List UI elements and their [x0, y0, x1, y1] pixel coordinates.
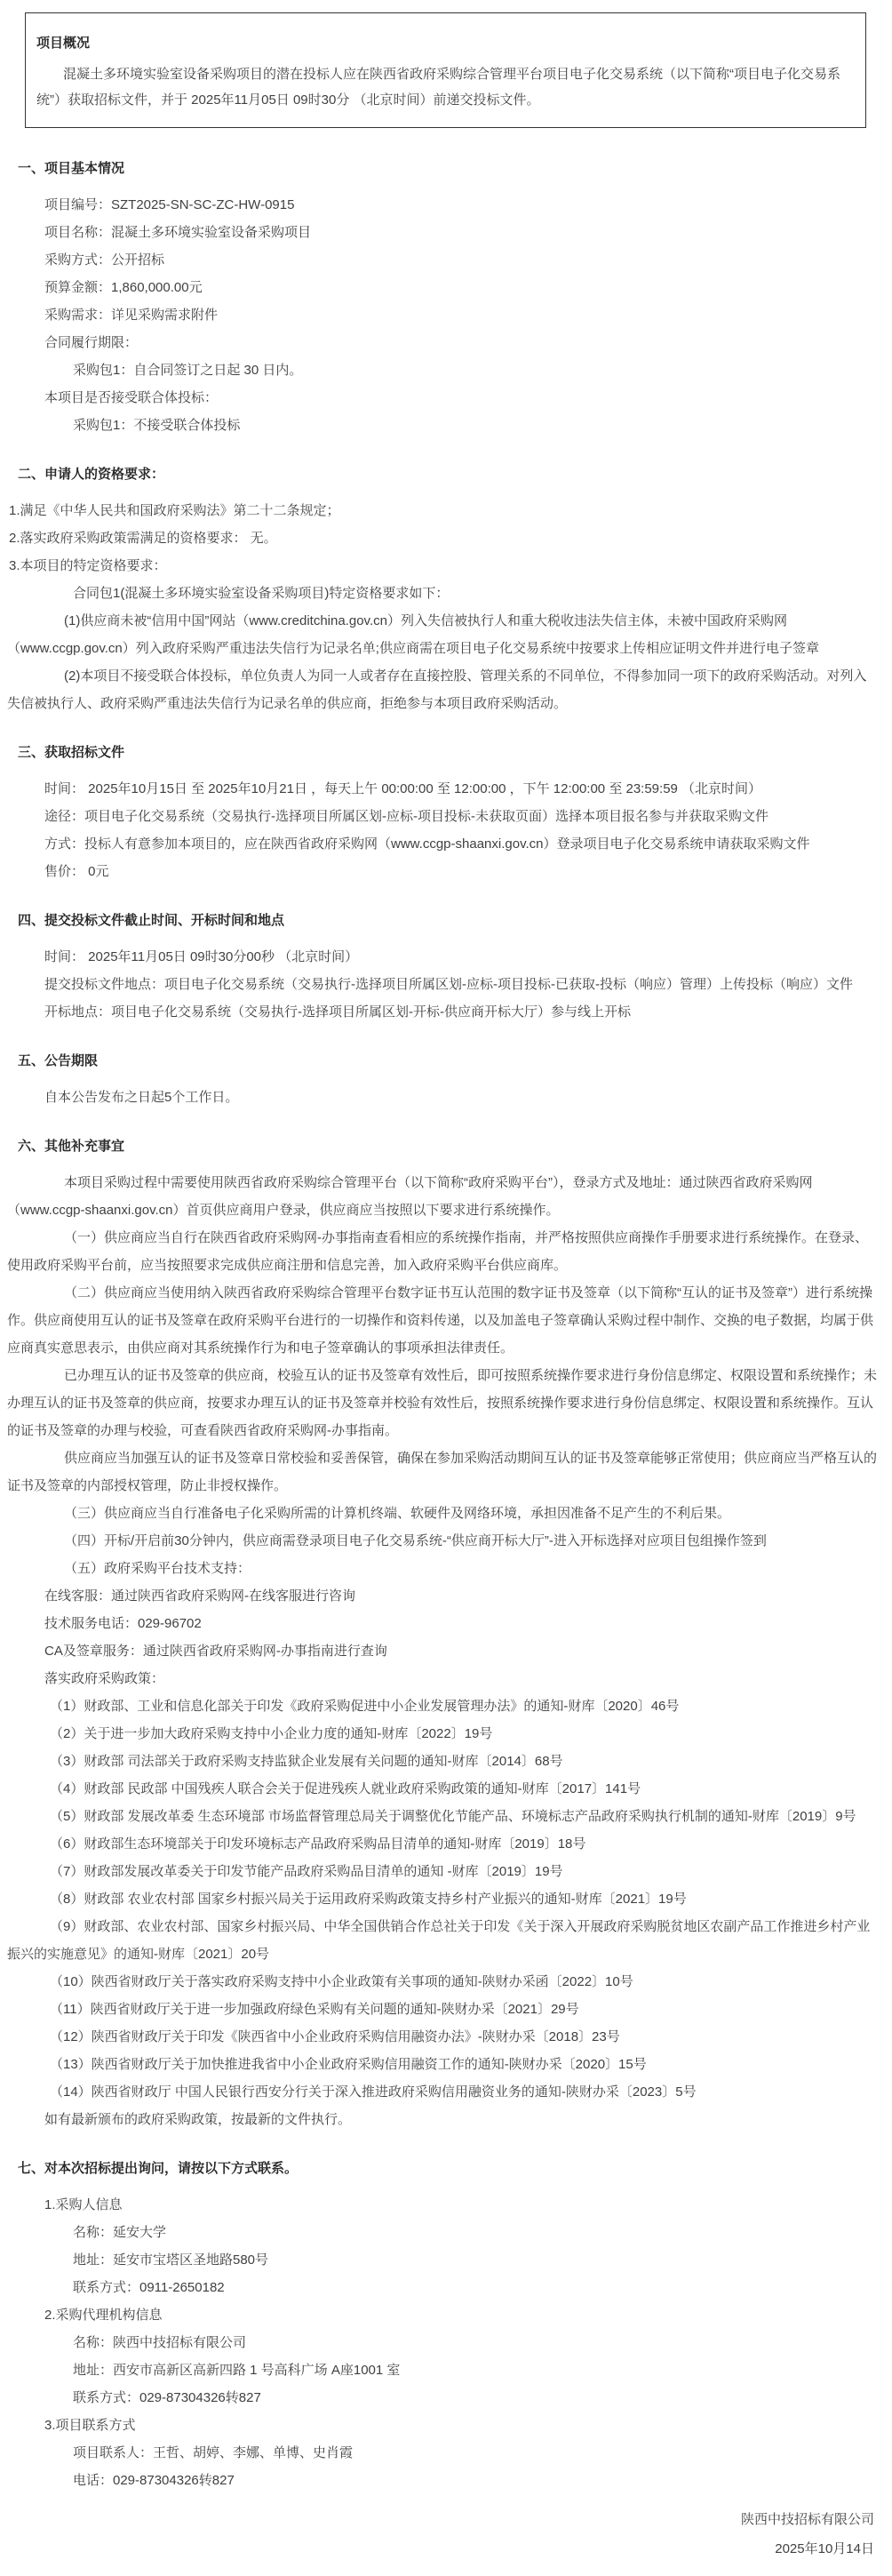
paragraph: （4）财政部 民政部 中国残疾人联合会关于促进残疾人就业政府采购政策的通知-财库… — [7, 1775, 880, 1803]
paragraph: 3.项目联系方式 — [7, 2412, 880, 2439]
sections: 一、项目基本情况项目编号：SZT2025-SN-SC-ZC-HW-0915项目名… — [0, 128, 892, 2494]
paragraph: （二）供应商应当使用纳入陕西省政府采购综合管理平台数字证书互认范围的数字证书及签… — [7, 1279, 880, 1362]
paragraph: 采购包1：自合同签订之日起 30 日内。 — [7, 356, 880, 384]
paragraph: （五）政府采购平台技术支持： — [7, 1555, 880, 1582]
section-heading: 三、获取招标文件 — [7, 739, 880, 766]
paragraph: （1）财政部、工业和信息化部关于印发《政府采购促进中小企业发展管理办法》的通知-… — [7, 1692, 880, 1720]
paragraph: （13）陕西省财政厅关于加快推进我省中小企业政府采购信用融资工作的通知-陕财办采… — [7, 2051, 880, 2078]
paragraph: （8）财政部 农业农村部 国家乡村振兴局关于运用政府采购政策支持乡村产业振兴的通… — [7, 1885, 880, 1913]
paragraph: （11）陕西省财政厅关于进一步加强政府绿色采购有关问题的通知-陕财办采〔2021… — [7, 1996, 880, 2023]
paragraph: 2.采购代理机构信息 — [7, 2301, 880, 2329]
section-heading: 六、其他补充事宜 — [7, 1132, 880, 1160]
paragraph: （2）关于进一步加大政府采购支持中小企业力度的通知-财库〔2022〕19号 — [7, 1720, 880, 1748]
paragraph: 采购方式：公开招标 — [7, 246, 880, 274]
paragraph: （6）财政部生态环境部关于印发环境标志产品政府采购品目清单的通知-财库〔2019… — [7, 1830, 880, 1858]
paragraph: 已办理互认的证书及签章的供应商，校验互认的证书及签章有效性后，即可按照系统操作要… — [7, 1362, 880, 1444]
announcement-date: 2025年10月14日 — [0, 2534, 874, 2564]
paragraph: （7）财政部发展改革委关于印发节能产品政府采购品目清单的通知 -财库〔2019〕… — [7, 1858, 880, 1885]
paragraph: 提交投标文件地点：项目电子化交易系统（交易执行-选择项目所属区划-应标-项目投标… — [7, 971, 880, 998]
paragraph: 1.满足《中华人民共和国政府采购法》第二十二条规定； — [7, 497, 880, 524]
paragraph: （12）陕西省财政厅关于印发《陕西省中小企业政府采购信用融资办法》-陕财办采〔2… — [7, 2023, 880, 2051]
paragraph: 采购需求：详见采购需求附件 — [7, 301, 880, 329]
paragraph: 合同履行期限： — [7, 329, 880, 356]
overview-title: 项目概况 — [36, 29, 853, 57]
paragraph: 1.采购人信息 — [7, 2191, 880, 2219]
paragraph: 名称：陕西中技招标有限公司 — [7, 2329, 880, 2356]
paragraph: 落实政府采购政策： — [7, 1665, 880, 1692]
paragraph: 时间： 2025年11月05日 09时30分00秒 （北京时间） — [7, 943, 880, 971]
section-heading: 四、提交投标文件截止时间、开标时间和地点 — [7, 907, 880, 934]
paragraph: 项目编号：SZT2025-SN-SC-ZC-HW-0915 — [7, 191, 880, 219]
overview-body: 混凝土多环境实验室设备采购项目的潜在投标人应在陕西省政府采购综合管理平台项目电子… — [36, 62, 853, 113]
paragraph: 项目名称：混凝土多环境实验室设备采购项目 — [7, 219, 880, 246]
paragraph: （5）财政部 发展改革委 生态环境部 市场监督管理总局关于调整优化节能产品、环境… — [7, 1803, 880, 1830]
paragraph: （一）供应商应当自行在陕西省政府采购网-办事指南查看相应的系统操作指南，并严格按… — [7, 1224, 880, 1279]
paragraph: 供应商应当加强互认的证书及签章日常校验和妥善保管，确保在参加采购活动期间互认的证… — [7, 1444, 880, 1500]
section-heading: 五、公告期限 — [7, 1047, 880, 1075]
paragraph: 在线客服：通过陕西省政府采购网-在线客服进行咨询 — [7, 1582, 880, 1610]
paragraph: 名称：延安大学 — [7, 2219, 880, 2246]
paragraph: 2.落实政府采购政策需满足的资格要求： 无。 — [7, 524, 880, 552]
paragraph: 售价： 0元 — [7, 858, 880, 885]
paragraph: 方式：投标人有意参加本项目的，应在陕西省政府采购网（www.ccgp-shaan… — [7, 830, 880, 858]
signing-agency: 陕西中技招标有限公司 — [0, 2505, 874, 2534]
paragraph: (1)供应商未被“信用中国”网站（www.creditchina.gov.cn）… — [7, 607, 880, 662]
paragraph: 联系方式：0911-2650182 — [7, 2274, 880, 2301]
project-overview-box: 项目概况 混凝土多环境实验室设备采购项目的潜在投标人应在陕西省政府采购综合管理平… — [25, 12, 866, 128]
signature-block: 陕西中技招标有限公司 2025年10月14日 — [0, 2505, 892, 2564]
paragraph: 技术服务电话：029-96702 — [7, 1610, 880, 1637]
paragraph: 电话：029-87304326转827 — [7, 2467, 880, 2494]
paragraph: 如有最新颁布的政府采购政策，按最新的文件执行。 — [7, 2106, 880, 2133]
paragraph: （9）财政部、农业农村部、国家乡村振兴局、中华全国供销合作总社关于印发《关于深入… — [7, 1913, 880, 1968]
section-heading: 二、申请人的资格要求： — [7, 460, 880, 488]
paragraph: 本项目是否接受联合体投标： — [7, 384, 880, 412]
paragraph: （14）陕西省财政厅 中国人民银行西安分行关于深入推进政府采购信用融资业务的通知… — [7, 2078, 880, 2106]
paragraph: 开标地点：项目电子化交易系统（交易执行-选择项目所属区划-开标-供应商开标大厅）… — [7, 998, 880, 1026]
paragraph: 联系方式：029-87304326转827 — [7, 2384, 880, 2412]
paragraph: 地址：西安市高新区高新四路 1 号高科广场 A座1001 室 — [7, 2356, 880, 2384]
paragraph: （四）开标/开启前30分钟内，供应商需登录项目电子化交易系统-“供应商开标大厅”… — [7, 1527, 880, 1555]
announcement-document: 项目概况 混凝土多环境实验室设备采购项目的潜在投标人应在陕西省政府采购综合管理平… — [0, 12, 892, 2572]
paragraph: CA及签章服务：通过陕西省政府采购网-办事指南进行查询 — [7, 1637, 880, 1665]
paragraph: 采购包1：不接受联合体投标 — [7, 412, 880, 439]
paragraph: （3）财政部 司法部关于政府采购支持监狱企业发展有关问题的通知-财库〔2014〕… — [7, 1748, 880, 1775]
section-heading: 一、项目基本情况 — [7, 155, 880, 182]
paragraph: 时间： 2025年10月15日 至 2025年10月21日 ，每天上午 00:0… — [7, 775, 880, 803]
paragraph: 本项目采购过程中需要使用陕西省政府采购综合管理平台（以下简称“政府采购平台”），… — [7, 1169, 880, 1224]
paragraph: 合同包1(混凝土多环境实验室设备采购项目)特定资格要求如下： — [7, 580, 880, 607]
paragraph: 项目联系人：王哲、胡婷、李娜、单博、史肖霞 — [7, 2439, 880, 2467]
paragraph: 途径：项目电子化交易系统（交易执行-选择项目所属区划-应标-项目投标-未获取页面… — [7, 803, 880, 830]
section-heading: 七、对本次招标提出询问，请按以下方式联系。 — [7, 2155, 880, 2182]
paragraph: 地址：延安市宝塔区圣地路580号 — [7, 2246, 880, 2274]
paragraph: 自本公告发布之日起5个工作日。 — [7, 1084, 880, 1111]
paragraph: (2)本项目不接受联合体投标，单位负责人为同一人或者存在直接控股、管理关系的不同… — [7, 662, 880, 717]
paragraph: （10）陕西省财政厅关于落实政府采购支持中小企业政策有关事项的通知-陕财办采函〔… — [7, 1968, 880, 1996]
paragraph: 3.本项目的特定资格要求： — [7, 552, 880, 580]
paragraph: （三）供应商应当自行准备电子化采购所需的计算机终端、软硬件及网络环境，承担因准备… — [7, 1500, 880, 1527]
paragraph: 预算金额：1,860,000.00元 — [7, 274, 880, 301]
